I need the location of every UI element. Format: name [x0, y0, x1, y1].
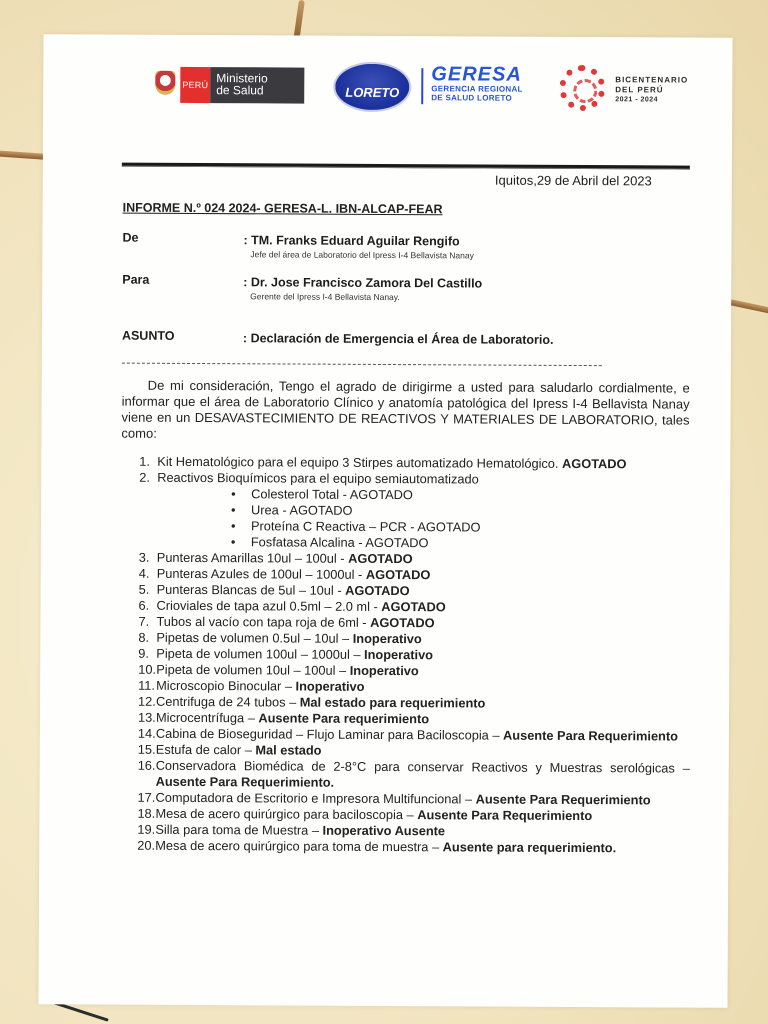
item-number: 2.	[139, 470, 157, 486]
ministry-line2: de Salud	[216, 84, 304, 96]
field-label: De	[122, 231, 232, 246]
item-status: AGOTADO	[365, 535, 428, 550]
sub-item-text: Urea - AGOTADO	[251, 502, 353, 519]
list-item: 16.Conservadora Biomédica de 2-8°C para …	[138, 758, 690, 793]
item-status: Ausente Para Requerimiento	[476, 791, 651, 807]
peru-coat-of-arms-icon	[155, 71, 175, 95]
item-status: AGOTADO	[345, 583, 410, 598]
bicentenario-years: 2021 - 2024	[615, 95, 688, 105]
ministerio-salud-logo: Ministerio de Salud	[210, 67, 304, 103]
item-number: 6.	[139, 598, 157, 614]
item-status: AGOTADO	[381, 599, 446, 614]
item-status: Inoperativo	[350, 663, 419, 678]
item-number: 15.	[138, 742, 156, 758]
list-item: 2.Reactivos Bioquímicos para el equipo s…	[139, 470, 691, 489]
item-status: Inoperativo	[353, 631, 422, 646]
geresa-logo: GERESA GERENCIA REGIONAL DE SALUD LORETO	[431, 64, 523, 102]
bullet-icon: •	[231, 534, 251, 550]
list-item: 20.Mesa de acero quirúrgico para toma de…	[137, 838, 689, 857]
document-page: PERÚ Ministerio de Salud LORETO GERESA G…	[38, 34, 732, 1008]
item-number: 1.	[139, 454, 157, 470]
item-status: Ausente Para Requerimiento	[503, 728, 678, 744]
item-number: 7.	[138, 614, 156, 630]
field-value: : Declaración de Emergencia el Área de L…	[243, 331, 554, 347]
item-status: Mal estado para requerimiento	[300, 695, 486, 711]
item-status: Inoperativo	[296, 679, 365, 694]
loreto-label: LORETO	[345, 85, 399, 100]
peru-label: PERÚ	[182, 80, 208, 90]
sub-item-text: Colesterol Total - AGOTADO	[251, 486, 413, 503]
item-status: Ausente para requerimiento.	[443, 839, 617, 855]
sub-list: •Colesterol Total - AGOTADO•Urea - AGOTA…	[231, 486, 691, 552]
bicentenario-line2: DEL PERÚ	[615, 85, 688, 95]
peru-logo: PERÚ	[180, 67, 210, 103]
item-status: AGOTADO	[562, 456, 627, 471]
field-subtitle: Jefe del área de Laboratorio del Ipress …	[250, 249, 474, 260]
field-subtitle: Gerente del Ipress I-4 Bellavista Nanay.	[250, 291, 400, 302]
sub-item-text: Proteína C Reactiva – PCR - AGOTADO	[251, 518, 481, 535]
geresa-title: GERESA	[431, 64, 523, 84]
item-number: 17.	[138, 790, 156, 806]
field-value: : TM. Franks Eduard Aguilar Rengifo	[243, 233, 459, 248]
item-number: 20.	[137, 838, 155, 854]
bicentenario-emblem-icon	[559, 65, 605, 111]
bullet-icon: •	[231, 486, 251, 502]
item-number: 8.	[138, 630, 156, 646]
item-text: Mesa de acero quirúrgico para toma de mu…	[155, 838, 689, 857]
item-status: Ausente Para Requerimiento	[417, 807, 592, 823]
geresa-line1: GERENCIA REGIONAL	[431, 84, 523, 93]
field-label: Para	[122, 273, 232, 288]
items-list: 1.Kit Hematológico para el equipo 3 Stir…	[137, 454, 691, 857]
informe-number: INFORME N.º 024 2024- GERESA-L. IBN-ALCA…	[123, 201, 443, 217]
item-number: 18.	[137, 806, 155, 822]
item-text: Conservadora Biomédica de 2-8°C para con…	[156, 758, 690, 793]
bullet-icon: •	[231, 502, 251, 518]
intro-paragraph: De mi consideración, Tengo el agrado de …	[121, 378, 689, 445]
item-status: AGOTADO	[417, 519, 480, 534]
bicentenario-logo: BICENTENARIO DEL PERÚ 2021 - 2024	[615, 75, 688, 105]
logo-divider	[421, 68, 423, 104]
item-number: 11.	[138, 678, 156, 694]
item-number: 3.	[139, 550, 157, 566]
geresa-line2: DE SALUD LORETO	[431, 93, 523, 102]
item-number: 9.	[138, 646, 156, 662]
item-number: 10.	[138, 662, 156, 678]
loreto-logo: LORETO	[333, 62, 411, 112]
item-status: Ausente Para Requerimiento.	[156, 774, 335, 790]
item-status: AGOTADO	[348, 551, 413, 566]
item-status: AGOTADO	[370, 615, 435, 630]
dashed-separator	[122, 363, 602, 367]
letterhead: PERÚ Ministerio de Salud LORETO GERESA G…	[153, 61, 713, 122]
bullet-icon: •	[231, 518, 251, 534]
item-status: Ausente Para requerimiento	[258, 710, 429, 726]
item-status: AGOTADO	[366, 567, 431, 582]
sub-item-text: Fosfatasa Alcalina - AGOTADO	[251, 534, 429, 551]
item-number: 19.	[137, 822, 155, 838]
item-status: AGOTADO	[289, 502, 352, 517]
item-status: AGOTADO	[350, 487, 413, 502]
header-rule	[122, 163, 690, 170]
item-number: 13.	[138, 710, 156, 726]
item-number: 14.	[138, 726, 156, 742]
item-status: Inoperativo	[364, 647, 433, 662]
document-date: Iquitos,29 de Abril del 2023	[495, 173, 652, 189]
item-number: 16.	[138, 758, 156, 790]
field-value: : Dr. Jose Francisco Zamora Del Castillo	[243, 275, 482, 290]
field-label: ASUNTO	[122, 329, 232, 344]
item-status: Inoperativo Ausente	[322, 823, 445, 839]
bicentenario-line1: BICENTENARIO	[615, 75, 688, 85]
item-number: 12.	[138, 694, 156, 710]
background-cord	[728, 299, 768, 317]
item-status: Mal estado	[255, 742, 321, 757]
item-number: 5.	[139, 582, 157, 598]
item-number: 4.	[139, 566, 157, 582]
